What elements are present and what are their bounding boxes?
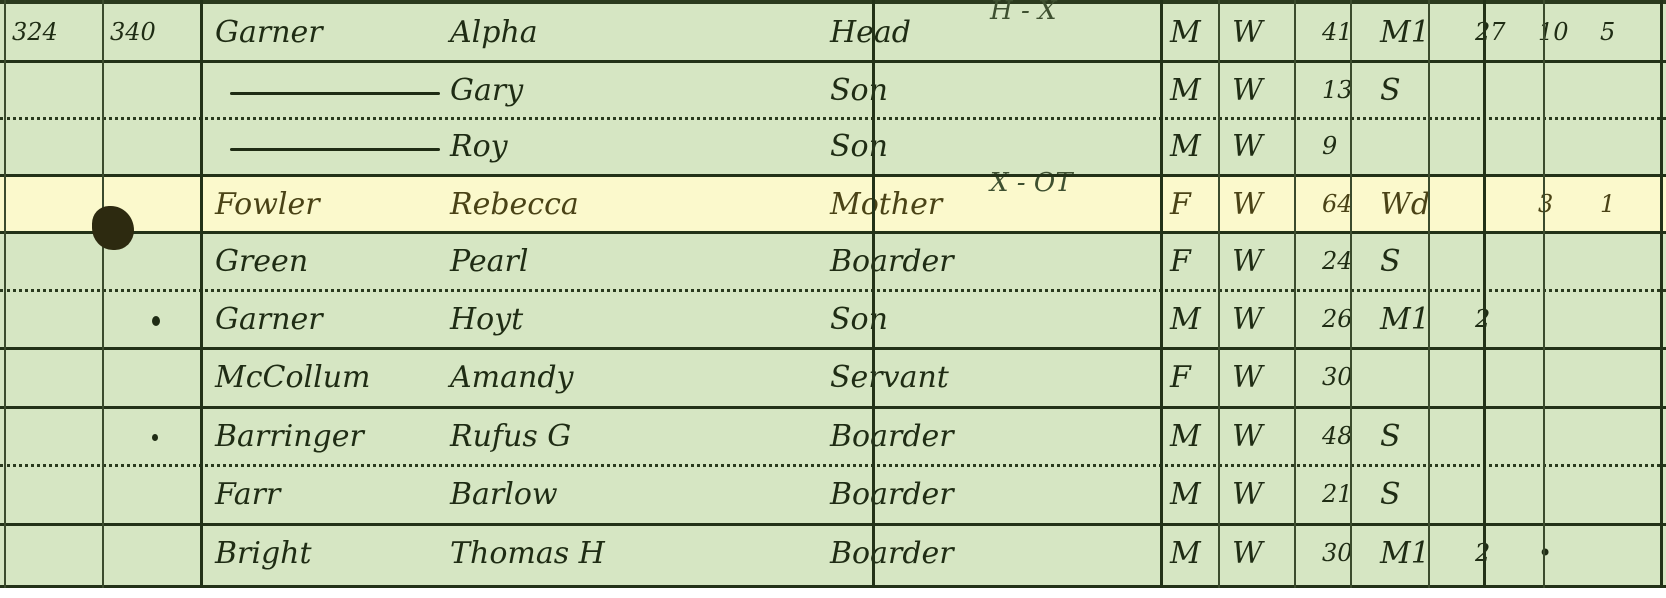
cell-children-born xyxy=(1538,233,1588,290)
cell-race: W xyxy=(1232,62,1282,119)
cell-sex: M xyxy=(1170,466,1210,523)
cell-dwelling xyxy=(12,118,102,175)
cell-family xyxy=(110,466,200,523)
cell-dwelling xyxy=(12,233,102,290)
cell-marital: S xyxy=(1380,408,1450,465)
census-row[interactable]: BarringerRufus GBoarderMW48S xyxy=(0,408,1666,465)
cell-surname: Green xyxy=(215,233,445,290)
cell-children-born xyxy=(1538,62,1588,119)
cell-family: 340 xyxy=(110,4,200,61)
cell-marital xyxy=(1380,118,1450,175)
cell-dwelling: 324 xyxy=(12,4,102,61)
cell-given: Roy xyxy=(450,118,810,175)
census-row[interactable]: GarySonMW13S xyxy=(0,62,1666,119)
cell-surname: Garner xyxy=(215,4,445,61)
cell-family xyxy=(110,525,200,582)
cell-children-born: 3 xyxy=(1538,176,1588,233)
cell-relation: Son xyxy=(830,62,1060,119)
cell-marital: M1 xyxy=(1380,525,1450,582)
cell-relation: Boarder xyxy=(830,408,1060,465)
cell-dwelling xyxy=(12,408,102,465)
column-divider xyxy=(872,0,875,588)
cell-marital: M1 xyxy=(1380,4,1450,61)
cell-children-living xyxy=(1600,291,1650,348)
census-row[interactable]: 324340GarnerAlphaHeadH - XMW41M127105 xyxy=(0,4,1666,61)
cell-marital: M1 xyxy=(1380,291,1450,348)
cell-given: Rufus G xyxy=(450,408,810,465)
cell-given: Alpha xyxy=(450,4,810,61)
cell-dwelling xyxy=(12,349,102,406)
cell-relation-note: H - X xyxy=(990,0,1110,26)
row-divider xyxy=(0,60,1666,63)
cell-given: Pearl xyxy=(450,233,810,290)
cell-race: W xyxy=(1232,525,1282,582)
cell-children-living: 1 xyxy=(1600,176,1650,233)
row-divider-dotted xyxy=(0,289,1666,292)
ink-speck xyxy=(152,434,158,441)
cell-years-married xyxy=(1475,118,1515,175)
column-divider xyxy=(200,0,203,588)
cell-marital: S xyxy=(1380,233,1450,290)
cell-years-married xyxy=(1475,466,1515,523)
cell-given: Barlow xyxy=(450,466,810,523)
cell-children-living xyxy=(1600,466,1650,523)
row-divider xyxy=(0,347,1666,350)
cell-children-living xyxy=(1600,349,1650,406)
cell-given: Gary xyxy=(450,62,810,119)
cell-relation: Son xyxy=(830,291,1060,348)
cell-marital: S xyxy=(1380,466,1450,523)
cell-children-living xyxy=(1600,62,1650,119)
cell-sex: F xyxy=(1170,176,1210,233)
cell-dwelling xyxy=(12,525,102,582)
column-divider xyxy=(1218,0,1220,588)
row-divider-dotted xyxy=(0,117,1666,120)
ditto-mark xyxy=(230,148,440,151)
census-row[interactable]: GreenPearlBoarderFW24S xyxy=(0,233,1666,290)
cell-years-married xyxy=(1475,408,1515,465)
census-row[interactable]: RoySonMW9 xyxy=(0,118,1666,175)
census-row-highlighted[interactable]: FowlerRebeccaMotherX - OTFW64Wd31 xyxy=(0,176,1666,233)
cell-children-born xyxy=(1538,118,1588,175)
ink-speck xyxy=(152,316,160,326)
cell-race: W xyxy=(1232,466,1282,523)
row-divider xyxy=(0,174,1666,177)
column-divider xyxy=(1160,0,1163,588)
cell-given: Thomas H xyxy=(450,525,810,582)
row-divider xyxy=(0,406,1666,409)
cell-race: W xyxy=(1232,408,1282,465)
cell-years-married xyxy=(1475,176,1515,233)
cell-sex: M xyxy=(1170,4,1210,61)
cell-dwelling xyxy=(12,176,102,233)
cell-years-married xyxy=(1475,62,1515,119)
census-row[interactable]: GarnerHoytSonMW26M12 xyxy=(0,291,1666,348)
column-divider xyxy=(1483,0,1486,588)
cell-children-born xyxy=(1538,291,1588,348)
cell-relation: Boarder xyxy=(830,525,1060,582)
cell-given: Amandy xyxy=(450,349,810,406)
cell-sex: M xyxy=(1170,525,1210,582)
cell-sex: M xyxy=(1170,291,1210,348)
ink-blot-mark xyxy=(92,206,134,250)
cell-years-married xyxy=(1475,233,1515,290)
census-row[interactable]: BrightThomas HBoarderMW30M12• xyxy=(0,525,1666,582)
cell-surname: Barringer xyxy=(215,408,445,465)
cell-race: W xyxy=(1232,291,1282,348)
column-divider xyxy=(1350,0,1352,588)
cell-relation: Servant xyxy=(830,349,1060,406)
column-divider xyxy=(102,0,104,588)
cell-children-born xyxy=(1538,466,1588,523)
cell-children-born xyxy=(1538,408,1588,465)
cell-children-living xyxy=(1600,525,1650,582)
cell-family xyxy=(110,118,200,175)
cell-children-living xyxy=(1600,233,1650,290)
column-divider xyxy=(1294,0,1296,588)
cell-race: W xyxy=(1232,176,1282,233)
cell-relation-note: X - OT xyxy=(990,168,1110,198)
cell-years-married: 2 xyxy=(1475,291,1515,348)
cell-children-living: 5 xyxy=(1600,4,1650,61)
cell-surname: McCollum xyxy=(215,349,445,406)
cell-sex: F xyxy=(1170,349,1210,406)
cell-children-born xyxy=(1538,349,1588,406)
cell-marital: S xyxy=(1380,62,1450,119)
column-divider xyxy=(1660,0,1663,588)
cell-relation: Boarder xyxy=(830,233,1060,290)
cell-given: Hoyt xyxy=(450,291,810,348)
cell-children-born: • xyxy=(1538,525,1588,582)
column-divider xyxy=(1543,0,1545,588)
cell-years-married: 2 xyxy=(1475,525,1515,582)
census-row[interactable]: FarrBarlowBoarderMW21S xyxy=(0,466,1666,523)
cell-family xyxy=(110,349,200,406)
cell-children-born: 10 xyxy=(1538,4,1588,61)
page-bottom-edge xyxy=(0,588,1666,598)
cell-surname: Fowler xyxy=(215,176,445,233)
cell-surname: Farr xyxy=(215,466,445,523)
cell-years-married xyxy=(1475,349,1515,406)
cell-race: W xyxy=(1232,233,1282,290)
cell-sex: M xyxy=(1170,408,1210,465)
cell-relation: Boarder xyxy=(830,466,1060,523)
cell-given: Rebecca xyxy=(450,176,810,233)
cell-children-living xyxy=(1600,408,1650,465)
cell-dwelling xyxy=(12,291,102,348)
cell-surname: Garner xyxy=(215,291,445,348)
cell-race: W xyxy=(1232,118,1282,175)
column-divider xyxy=(1428,0,1430,588)
cell-dwelling xyxy=(12,62,102,119)
cell-dwelling xyxy=(12,466,102,523)
cell-surname: Bright xyxy=(215,525,445,582)
row-divider-dotted xyxy=(0,464,1666,467)
cell-sex: F xyxy=(1170,233,1210,290)
cell-children-living xyxy=(1600,118,1650,175)
ditto-mark xyxy=(230,92,440,95)
cell-marital: Wd xyxy=(1380,176,1450,233)
cell-marital xyxy=(1380,349,1450,406)
cell-years-married: 27 xyxy=(1475,4,1515,61)
row-divider xyxy=(0,523,1666,526)
census-sheet: 324340GarnerAlphaHeadH - XMW41M127105Gar… xyxy=(0,0,1666,588)
cell-relation: Son xyxy=(830,118,1060,175)
cell-race: W xyxy=(1232,4,1282,61)
column-divider xyxy=(4,0,6,588)
census-row[interactable]: McCollumAmandyServantFW30 xyxy=(0,349,1666,406)
row-divider xyxy=(0,231,1666,234)
cell-family xyxy=(110,62,200,119)
cell-sex: M xyxy=(1170,62,1210,119)
cell-race: W xyxy=(1232,349,1282,406)
cell-sex: M xyxy=(1170,118,1210,175)
